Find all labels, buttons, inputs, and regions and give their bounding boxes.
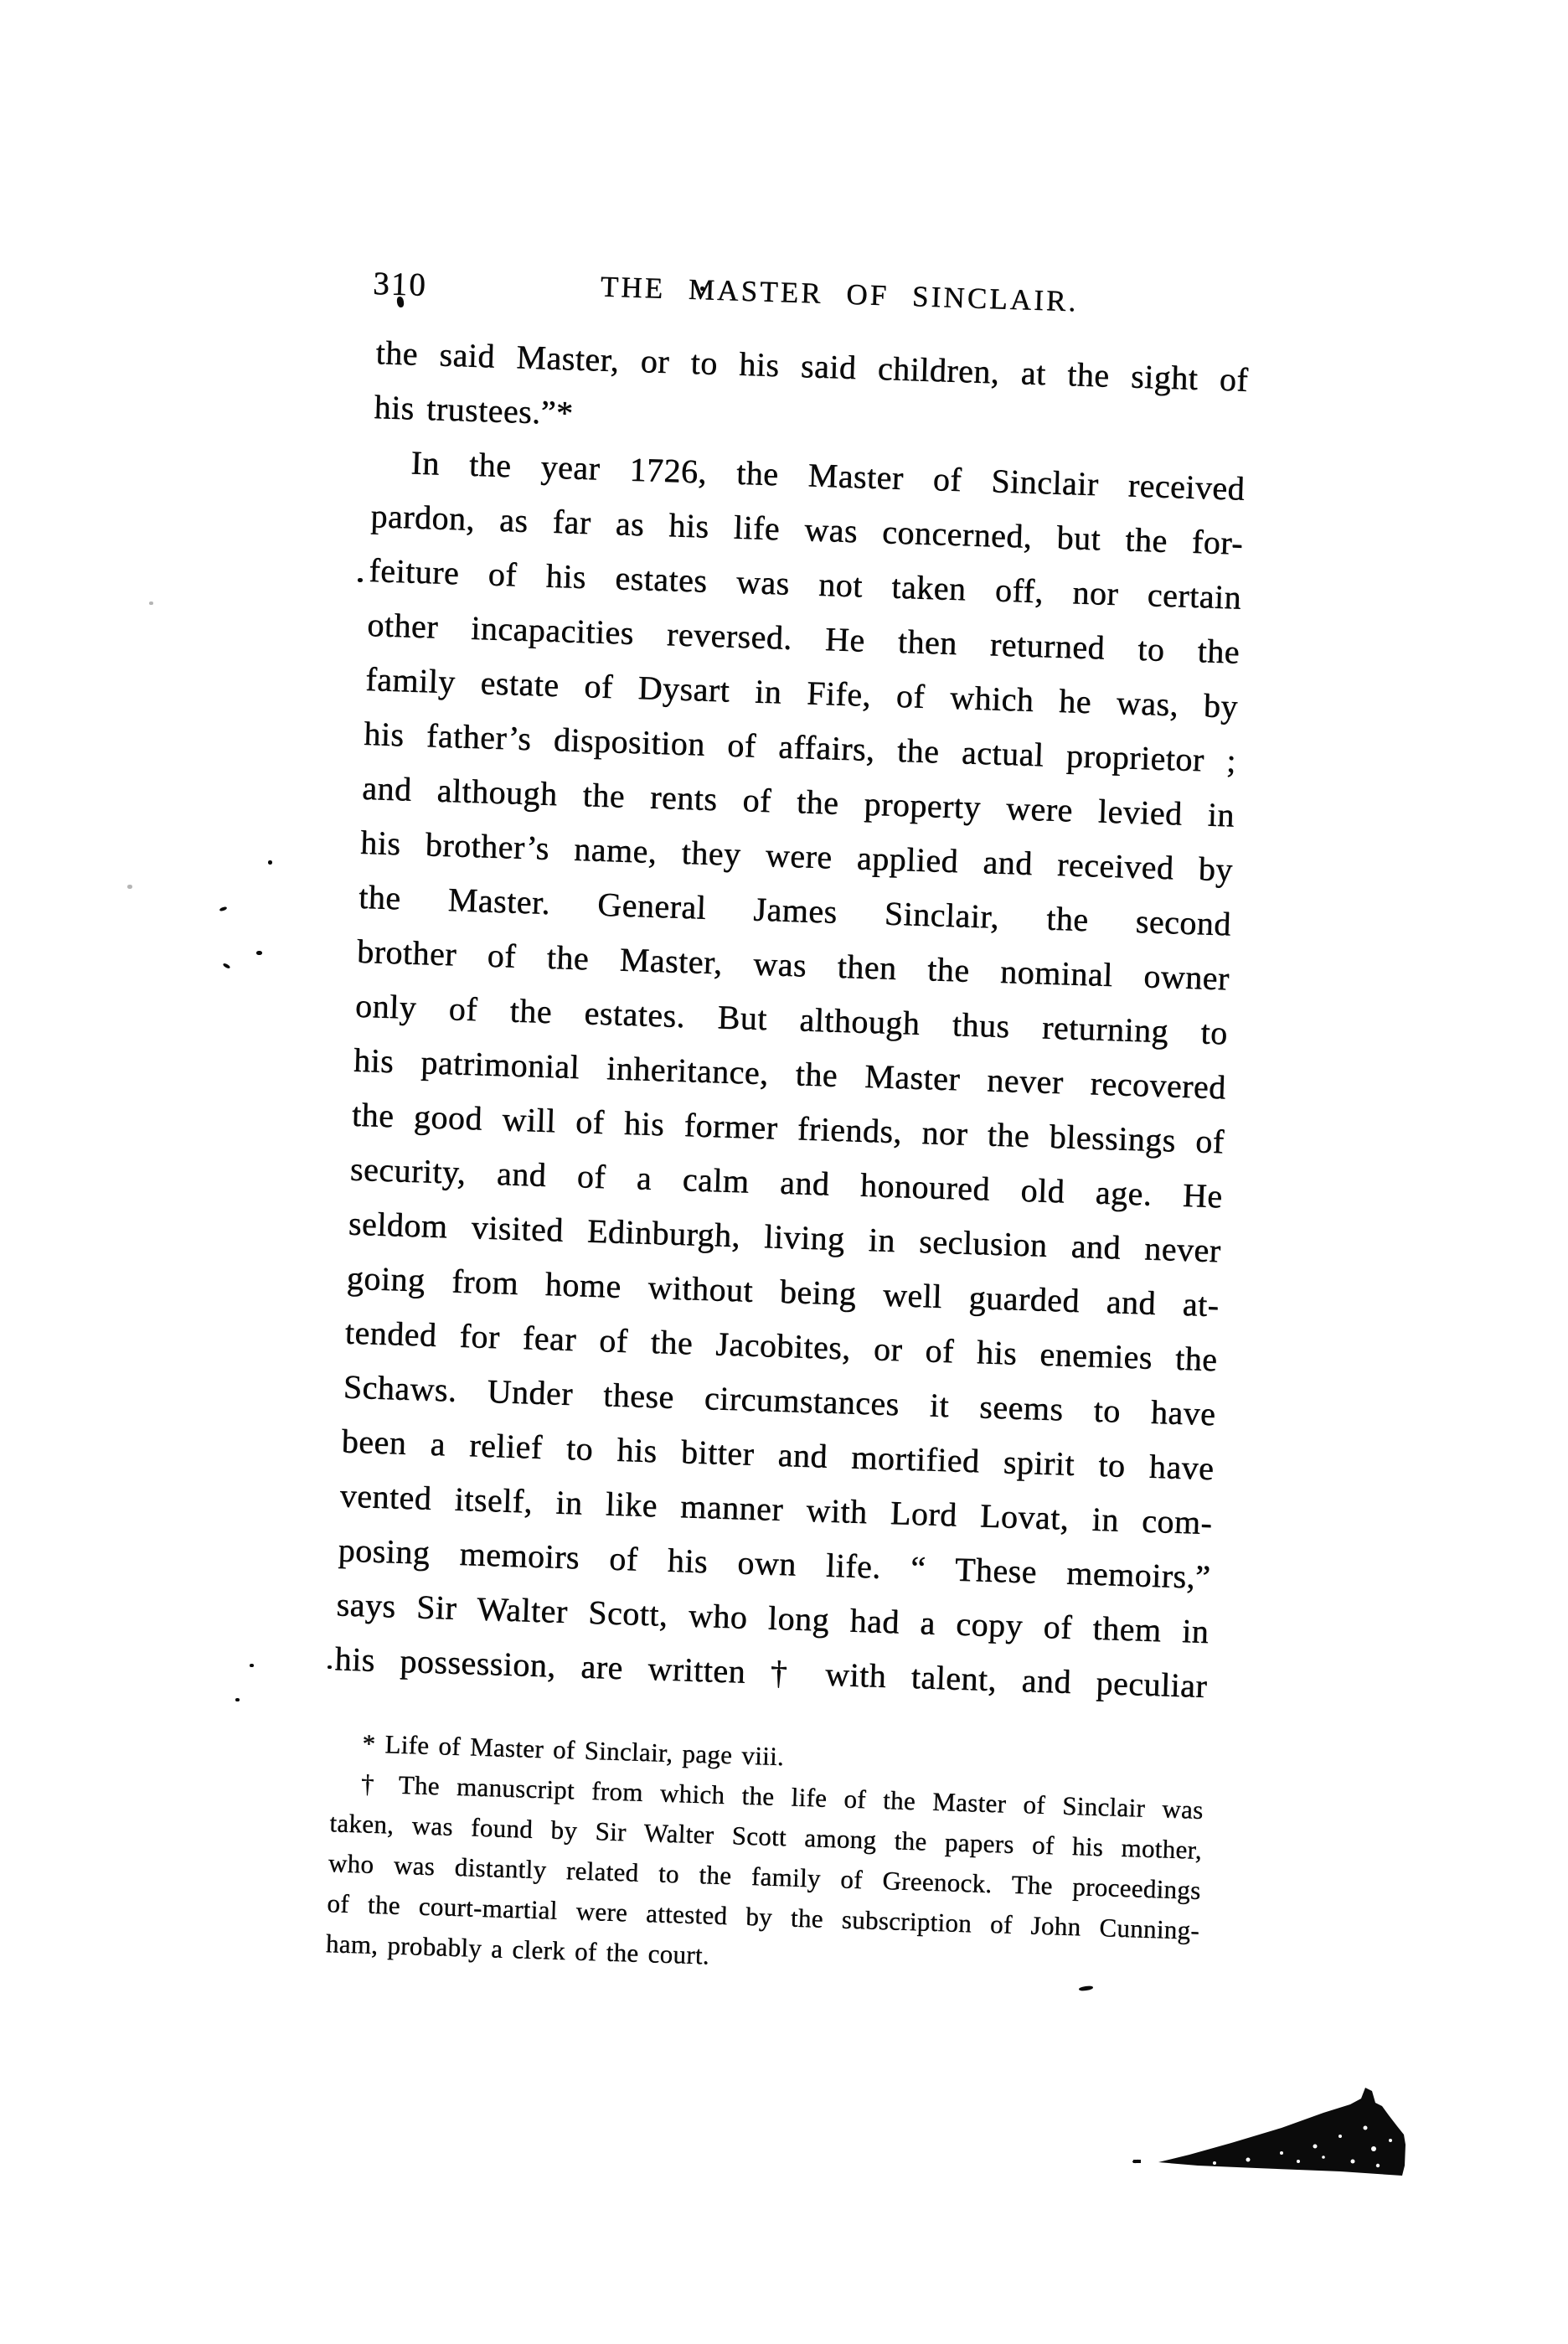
scan-speck (700, 287, 704, 291)
smudge-noise-dot (1322, 2156, 1325, 2159)
page-header: 310 THE MASTER OF SINCLAIR. (378, 263, 1251, 329)
scan-speck (268, 860, 272, 865)
scan-speck (127, 885, 132, 889)
ink-smudge-shape (1158, 2088, 1406, 2176)
print-area: 310 THE MASTER OF SINCLAIR. the said Mas… (325, 263, 1251, 1991)
running-header: THE MASTER OF SINCLAIR. (378, 263, 1251, 324)
smudge-noise-dot (1376, 2164, 1380, 2167)
smudge-noise-dot (1297, 2160, 1300, 2163)
scanned-book-page: 310 THE MASTER OF SINCLAIR. the said Mas… (0, 0, 1568, 2344)
scan-speck (358, 578, 363, 582)
smudge-noise-dot (1213, 2161, 1216, 2165)
scan-speck (149, 601, 153, 605)
smudge-noise-dot (1338, 2135, 1342, 2138)
scan-speck (328, 1665, 332, 1669)
smudge-noise-dot (1351, 2160, 1355, 2164)
scan-speck (223, 963, 231, 969)
scan-speck (256, 951, 262, 955)
smudge-noise-dot (1313, 2145, 1318, 2149)
scan-speck (219, 906, 228, 912)
scan-speck (250, 1664, 254, 1667)
smudge-noise-dot (1371, 2146, 1376, 2151)
smudge-noise-dot (1246, 2158, 1251, 2162)
scan-speck (235, 1698, 240, 1701)
smudge-noise-dot (1280, 2151, 1283, 2155)
smudge-noise-dot (1389, 2139, 1392, 2142)
smudge-noise-dot (1364, 2126, 1368, 2130)
body-text: the said Master, or to his said children… (334, 325, 1250, 1713)
footnotes: * Life of Master of Sinclair, page viii.… (325, 1722, 1205, 1991)
ink-smudge (1114, 2069, 1416, 2187)
